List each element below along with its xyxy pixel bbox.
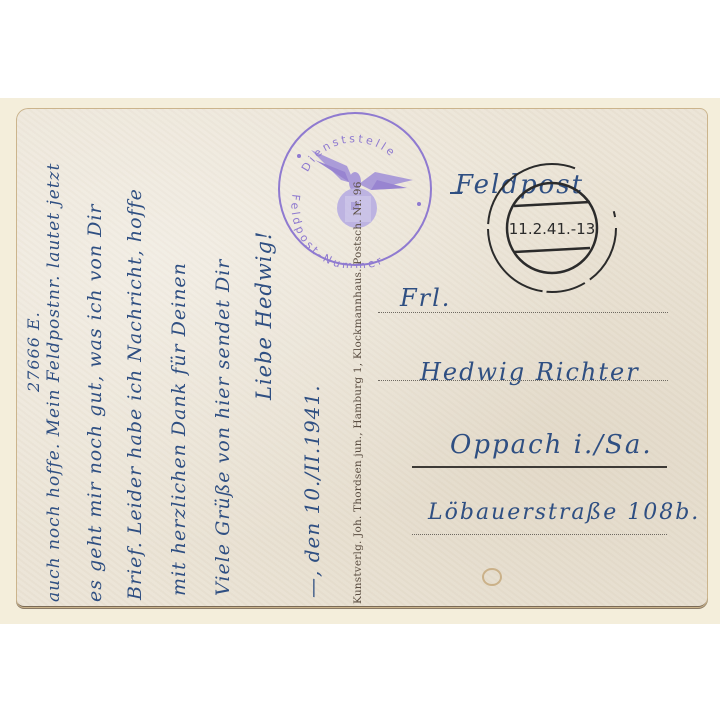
address-street: Löbauerstraße 108b. <box>428 500 700 525</box>
message-line-2: mit herzlichen Dank für Deinen <box>168 262 190 596</box>
svg-text:11.2.41.-13: 11.2.41.-13 <box>509 220 596 238</box>
message-line-4: es geht mir noch gut, was ich von Dir <box>84 204 106 603</box>
message-line-5: auch noch hoffe. Mein Feldpostnr. lautet… <box>44 163 64 602</box>
address-city: Oppach i./Sa. <box>450 430 653 460</box>
service-dash <box>450 192 462 194</box>
address-line-1 <box>378 312 668 313</box>
message-line-3: Brief. Leider habe ich Nachricht, hoffe <box>124 188 146 600</box>
address-name: Hedwig Richter <box>420 358 640 386</box>
address-line-4 <box>412 534 667 535</box>
address-line-3 <box>412 466 667 468</box>
fieldpost-number: 27666 E. <box>24 311 43 392</box>
publisher-imprint: Kunstverlg. Joh. Thordsen jun., Hamburg … <box>352 181 364 604</box>
message-line-1: Viele Grüße von hier sendet Dir <box>212 259 234 596</box>
postmark: 11.2.41.-13 <box>482 158 622 298</box>
address-title: Frl. <box>400 284 451 312</box>
ink-stain <box>482 568 502 586</box>
message-date: —, den 10./II.1941. <box>300 384 324 598</box>
message-salutation: Liebe Hedwig! <box>252 231 276 400</box>
address-line-2 <box>378 380 668 381</box>
svg-text:Dienststelle: Dienststelle <box>299 132 399 174</box>
